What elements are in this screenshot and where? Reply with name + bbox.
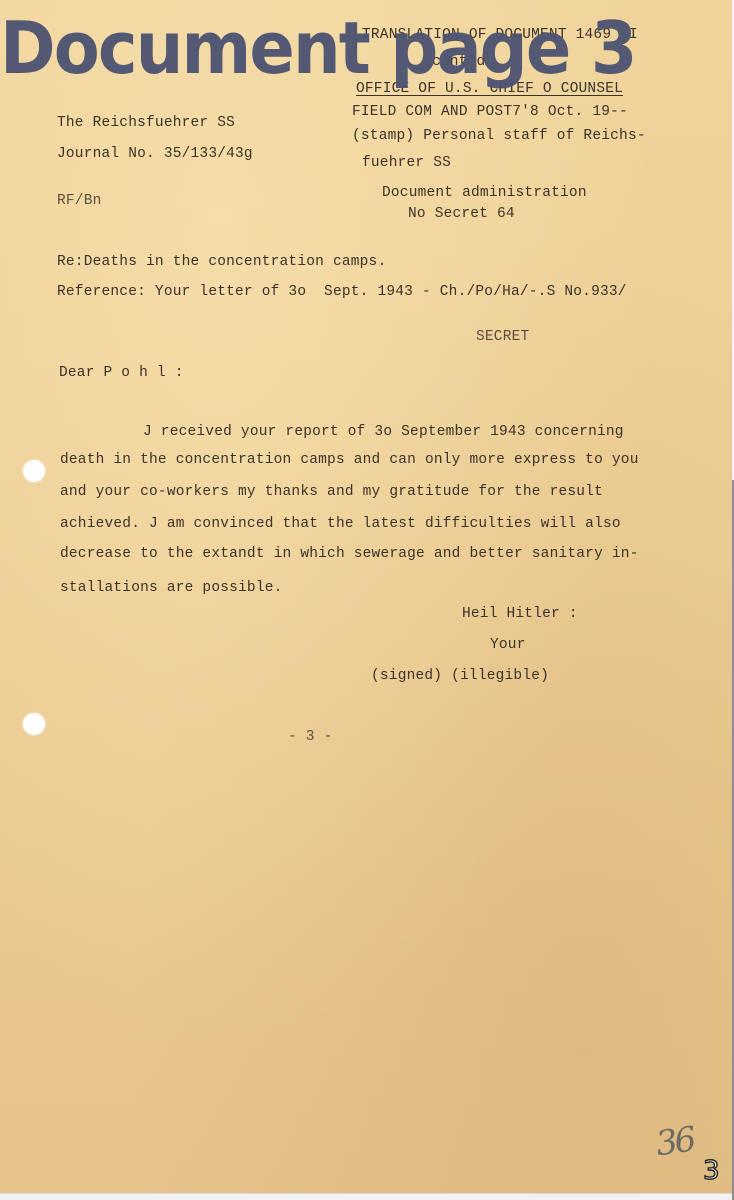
handwritten-folio-number: 36: [653, 1120, 695, 1165]
document-administration: Document administration: [382, 185, 587, 201]
field-command-date: FIELD COM AND POST7'8 Oct. 19--: [352, 104, 628, 120]
reference-line: Reference: Your letter of 3o Sept. 1943 …: [57, 284, 627, 300]
subject-line: Re:Deaths in the concentration camps.: [57, 254, 386, 270]
body-line: achieved. J am convinced that the latest…: [60, 516, 621, 532]
closing-your: Your: [490, 637, 526, 653]
stamp-line-2: fuehrer SS: [362, 155, 451, 171]
body-line: decrease to the extandt in which sewerag…: [60, 546, 639, 562]
sender-line: The Reichsfuehrer SS: [57, 115, 235, 131]
reference-initials: RF/Bn: [57, 193, 102, 209]
punch-hole: [23, 713, 45, 735]
secret-classification: SECRET: [476, 329, 529, 345]
stamp-line-1: (stamp) Personal staff of Reichs-: [352, 128, 646, 144]
journal-number: Journal No. 35/133/43g: [57, 146, 253, 162]
signature-line: (signed) (illegible): [371, 668, 549, 684]
page-footer-number: - 3 -: [288, 729, 333, 745]
body-line: J received your report of 3o September 1…: [143, 424, 624, 440]
document-page-label: Document page 3: [0, 12, 636, 84]
punch-hole: [23, 460, 45, 482]
body-line: death in the concentration camps and can…: [60, 452, 639, 468]
closing-greeting: Heil Hitler :: [462, 606, 578, 622]
body-line: stallations are possible.: [60, 580, 283, 596]
body-line: and your co-workers my thanks and my gra…: [60, 484, 603, 500]
document-page: Document page 3 TRANSLATION OF DOCUMENT …: [0, 0, 732, 1194]
no-secret-number: No Secret 64: [408, 206, 515, 222]
page-marker: 3: [703, 1156, 720, 1186]
salutation: Dear P o h l :: [59, 365, 184, 381]
